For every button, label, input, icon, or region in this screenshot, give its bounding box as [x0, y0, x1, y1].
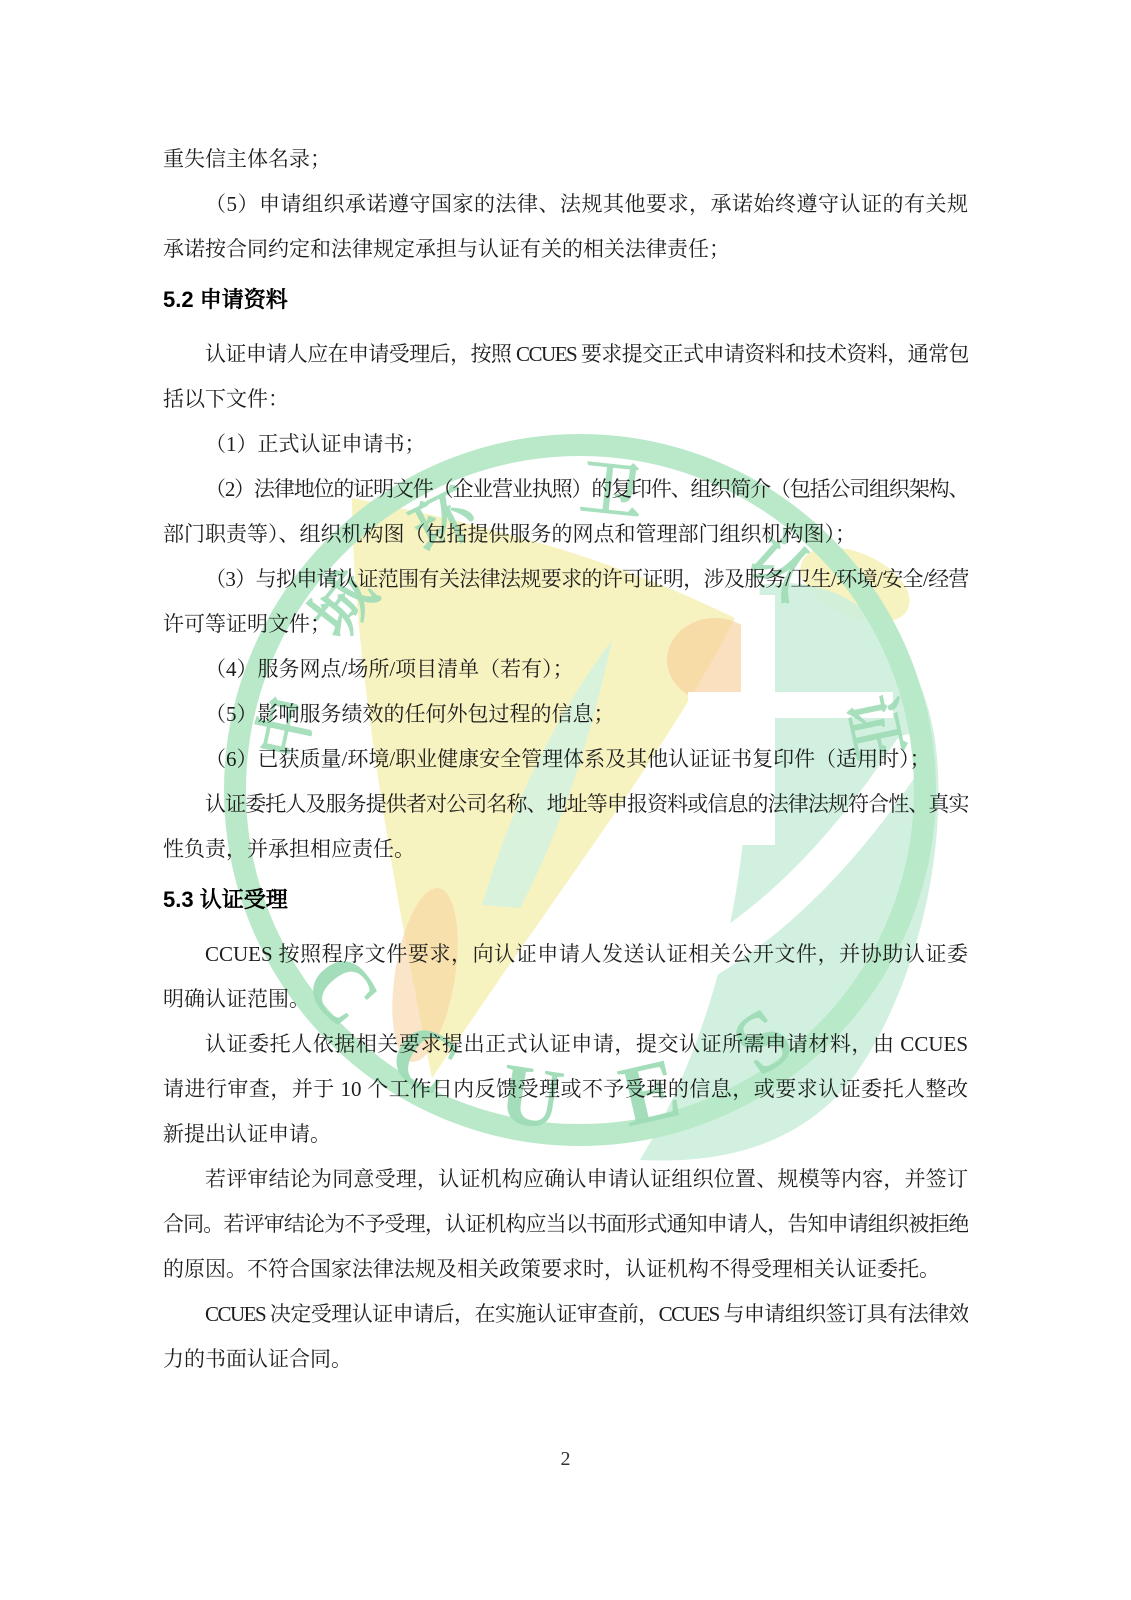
document-line: 许可等证明文件；: [163, 602, 968, 647]
document-body: 重失信主体名录；（5）申请组织承诺遵守国家的法律、法规其他要求，承诺始终遵守认证…: [163, 137, 968, 1382]
document-line: （4）服务网点/场所/项目清单（若有）；: [163, 647, 968, 692]
document-line: （5）影响服务绩效的任何外包过程的信息；: [163, 692, 968, 737]
document-line: 力的书面认证合同。: [163, 1337, 968, 1382]
document-line: 若评审结论为同意受理，认证机构应确认申请认证组织位置、规模等内容，并签订认证: [163, 1157, 968, 1202]
document-line: 请进行审查，并于 10 个工作日内反馈受理或不予受理的信息，或要求认证委托人整改…: [163, 1067, 968, 1112]
document-line: CCUES 按照程序文件要求，向认证申请人发送认证相关公开文件，并协助认证委托人: [163, 932, 968, 977]
document-line: 认证委托人依据相关要求提出正式认证申请，提交认证所需申请材料，由 CCUES 对…: [163, 1022, 968, 1067]
document-line: （6）已获质量/环境/职业健康安全管理体系及其他认证证书复印件（适用时）；: [163, 737, 968, 782]
document-line: 部门职责等）、组织机构图（包括提供服务的网点和管理部门组织机构图）；: [163, 512, 968, 557]
document-line: 认证委托人及服务提供者对公司名称、地址等申报资料或信息的法律法规符合性、真实: [163, 782, 968, 827]
document-line: （1）正式认证申请书；: [163, 422, 968, 467]
document-line: 承诺按合同约定和法律规定承担与认证有关的相关法律责任；: [163, 227, 968, 272]
document-line: 括以下文件：: [163, 377, 968, 422]
document-line: （2）法律地位的证明文件（企业营业执照）的复印件、组织简介（包括公司组织架构、: [163, 467, 968, 512]
document-line: （3）与拟申请认证范围有关法律法规要求的许可证明，涉及服务/卫生/环境/安全/经…: [163, 557, 968, 602]
document-line: CCUES 决定受理认证申请后，在实施认证审查前，CCUES 与申请组织签订具有…: [163, 1292, 968, 1337]
document-line: 新提出认证申请。: [163, 1112, 968, 1157]
document-line: 的原因。不符合国家法律法规及相关政策要求时，认证机构不得受理相关认证委托。: [163, 1247, 968, 1292]
document-line: 重失信主体名录；: [163, 137, 968, 182]
document-line: 性负责，并承担相应责任。: [163, 827, 968, 872]
document-line: 明确认证范围。: [163, 977, 968, 1022]
section-heading: 5.3 认证受理: [163, 877, 968, 922]
section-heading: 5.2 申请资料: [163, 277, 968, 322]
document-page: 中城环卫认证CCUES 重失信主体名录；（5）申请组织承诺遵守国家的法律、法规其…: [0, 0, 1131, 1600]
document-line: （5）申请组织承诺遵守国家的法律、法规其他要求，承诺始终遵守认证的有关规定，: [163, 182, 968, 227]
document-line: 认证申请人应在申请受理后，按照 CCUES 要求提交正式申请资料和技术资料，通常…: [163, 332, 968, 377]
page-number: 2: [0, 1448, 1131, 1471]
document-line: 合同。若评审结论为不予受理，认证机构应当以书面形式通知申请人，告知申请组织被拒绝: [163, 1202, 968, 1247]
